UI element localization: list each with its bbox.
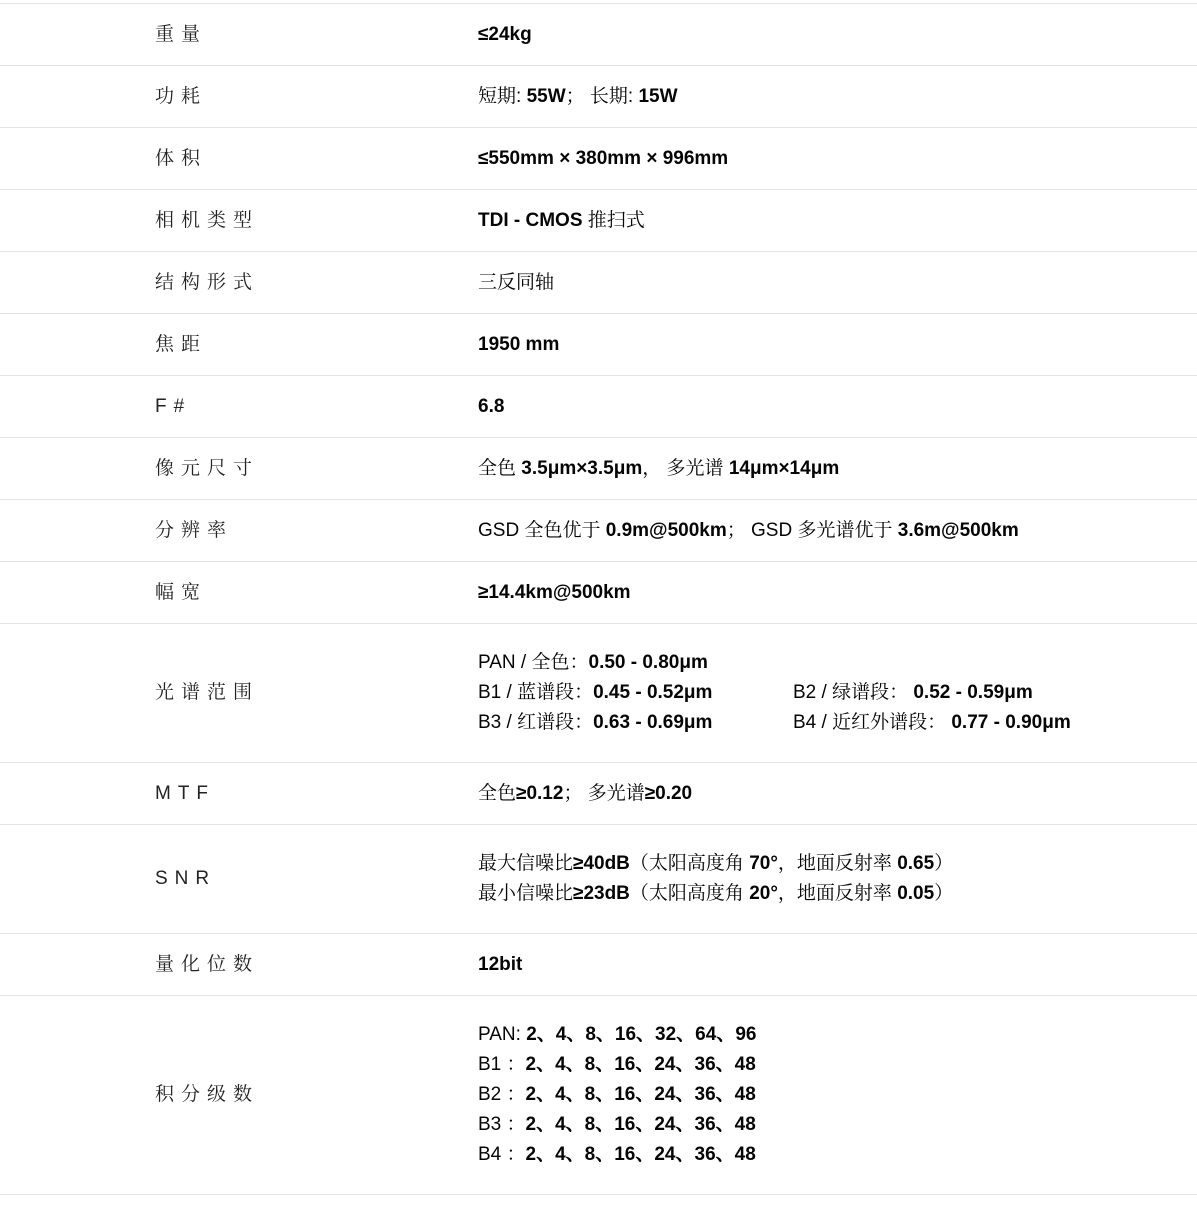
spec-text-segment: B3 / 红谱段： <box>478 712 593 733</box>
spec-text-segment: 0.50 - 0.80μm <box>589 652 708 673</box>
spec-text-segment: ） <box>934 883 953 904</box>
spec-text-segment: 最小信噪比 <box>478 883 573 904</box>
spec-text-segment: 1950 mm <box>478 334 559 355</box>
spec-value-line: PAN: 2、4、8、16、32、64、96 <box>478 1020 1167 1050</box>
spec-row-value: PAN / 全色：0.50 - 0.80μmB1 / 蓝谱段：0.45 - 0.… <box>478 648 1167 738</box>
spec-value-line: 1950 mm <box>478 330 1167 360</box>
spec-value-line: ≥14.4km@500km <box>478 578 1167 608</box>
spec-text-segment: 70° <box>749 853 778 874</box>
spec-row-label: 幅宽 <box>155 580 478 606</box>
spec-row-label: 像元尺寸 <box>155 456 478 482</box>
spec-text-segment: ≥40dB <box>573 853 630 874</box>
spec-text-segment: B4 / 近红外谱段： <box>793 712 951 733</box>
spec-text-segment: ； 多光谱 <box>563 783 644 804</box>
spec-text-segment: 12bit <box>478 954 522 975</box>
spec-text-segment: 2、4、8、16、24、36、48 <box>526 1144 756 1165</box>
spec-row-f-number: F# 6.8 <box>0 376 1197 438</box>
spec-text-segment: 2、4、8、16、32、64、96 <box>526 1024 756 1045</box>
spec-text-segment: 14μm×14μm <box>729 458 839 479</box>
spec-value-line: GSD 全色优于 0.9m@500km； GSD 多光谱优于 3.6m@500k… <box>478 516 1167 546</box>
spec-row-value: ≤550mm × 380mm × 996mm <box>478 144 1167 174</box>
spec-row-pixel-size: 像元尺寸 全色 3.5μm×3.5μm， 多光谱 14μm×14μm <box>0 438 1197 500</box>
spec-row-label: 相机类型 <box>155 208 478 234</box>
spec-text-segment: （太阳高度角 <box>630 853 749 874</box>
spec-value-line: B4 ：2、4、8、16、24、36、48 <box>478 1140 1167 1170</box>
spec-row-label: SNR <box>155 866 478 892</box>
spec-text-segment: 0.52 - 0.59μm <box>913 682 1032 703</box>
spec-text-segment: 0.77 - 0.90μm <box>951 712 1070 733</box>
spec-text-segment: 全色 <box>478 458 521 479</box>
spec-value-line: 最大信噪比≥40dB（太阳高度角 70°，地面反射率 0.65） <box>478 849 1167 879</box>
spec-text-segment: 2、4、8、16、24、36、48 <box>526 1114 756 1135</box>
spec-text-segment: 短期: <box>478 86 527 107</box>
spec-text-segment: PAN: <box>478 1024 526 1045</box>
spec-row-value: ≥14.4km@500km <box>478 578 1167 608</box>
spec-value-line: B3 / 红谱段：0.63 - 0.69μmB4 / 近红外谱段： 0.77 -… <box>478 708 1167 738</box>
spec-row-label: MTF <box>155 781 478 807</box>
spec-text-segment: 2、4、8、16、24、36、48 <box>526 1084 756 1105</box>
spec-text-segment: TDI - CMOS <box>478 210 588 231</box>
spec-row-value: 三反同轴 <box>478 268 1167 298</box>
spec-text-segment: 0.65 <box>897 853 934 874</box>
spec-value-line: PAN / 全色：0.50 - 0.80μm <box>478 648 1167 678</box>
spec-text-segment: GSD 全色优于 <box>478 520 606 541</box>
spec-row-value: ≤24kg <box>478 20 1167 50</box>
spec-value-line: 6.8 <box>478 392 1167 422</box>
spec-text-segment: 6.8 <box>478 396 504 417</box>
spec-text-segment: 推扫式 <box>588 210 645 231</box>
spec-text-segment: B2 ： <box>478 1084 526 1105</box>
spec-text-segment: 0.05 <box>897 883 934 904</box>
spec-text-segment: 最大信噪比 <box>478 853 573 874</box>
spec-text-segment: PAN / 全色： <box>478 652 589 673</box>
spec-row-value: PAN: 2、4、8、16、32、64、96B1 ：2、4、8、16、24、36… <box>478 1020 1167 1170</box>
spec-row-label: 焦距 <box>155 332 478 358</box>
spec-row-value: 短期: 55W； 长期: 15W <box>478 82 1167 112</box>
spec-text-segment: B1 / 蓝谱段： <box>478 682 593 703</box>
spec-row-integration-stages: 积分级数 PAN: 2、4、8、16、32、64、96B1 ：2、4、8、16、… <box>0 996 1197 1195</box>
spec-row-spectral-range: 光谱范围 PAN / 全色：0.50 - 0.80μmB1 / 蓝谱段：0.45… <box>0 624 1197 763</box>
spec-value-line: B1 / 蓝谱段：0.45 - 0.52μmB2 / 绿谱段： 0.52 - 0… <box>478 678 1167 708</box>
spec-row-value: 6.8 <box>478 392 1167 422</box>
spec-value-line: ≤550mm × 380mm × 996mm <box>478 144 1167 174</box>
spec-text-segment: ≥0.12 <box>516 783 563 804</box>
spec-row-volume: 体积 ≤550mm × 380mm × 996mm <box>0 128 1197 190</box>
spec-row-label: F# <box>155 394 478 420</box>
spec-text-segment: 全色 <box>478 783 516 804</box>
spec-row-value: 1950 mm <box>478 330 1167 360</box>
spec-text-segment: ≤24kg <box>478 24 532 45</box>
spec-row-value: 12bit <box>478 950 1167 980</box>
spec-row-value: 全色≥0.12； 多光谱≥0.20 <box>478 779 1167 809</box>
spec-text-segment: ，地面反射率 <box>778 853 897 874</box>
spec-row-value: 全色 3.5μm×3.5μm， 多光谱 14μm×14μm <box>478 454 1167 484</box>
spec-text-segment: ； GSD 多光谱优于 <box>727 520 898 541</box>
spec-text-segment: ） <box>934 853 953 874</box>
spec-value-line: B1 ：2、4、8、16、24、36、48 <box>478 1050 1167 1080</box>
spec-text-segment: 15W <box>638 86 677 107</box>
spec-text-segment: 3.6m@500km <box>898 520 1019 541</box>
spec-text-segment: ， 多光谱 <box>642 458 729 479</box>
spec-value-line: 全色≥0.12； 多光谱≥0.20 <box>478 779 1167 809</box>
spec-text-segment: 0.9m@500km <box>606 520 727 541</box>
spec-text-segment: 2、4、8、16、24、36、48 <box>526 1054 756 1075</box>
spec-text-segment: 三反同轴 <box>478 272 554 293</box>
spec-text-segment: B3 ： <box>478 1114 526 1135</box>
spec-value-line: 三反同轴 <box>478 268 1167 298</box>
spec-text-segment: 3.5μm×3.5μm <box>521 458 642 479</box>
spec-row-label: 光谱范围 <box>155 680 478 706</box>
spec-value-line: 最小信噪比≥23dB（太阳高度角 20°，地面反射率 0.05） <box>478 879 1167 909</box>
spec-text-segment: ； 长期: <box>566 86 639 107</box>
spec-row-structure-form: 结构形式 三反同轴 <box>0 252 1197 314</box>
spec-row-mtf: MTF 全色≥0.12； 多光谱≥0.20 <box>0 763 1197 825</box>
spec-row-snr: SNR 最大信噪比≥40dB（太阳高度角 70°，地面反射率 0.65）最小信噪… <box>0 825 1197 934</box>
spec-text-segment: ≥0.20 <box>645 783 692 804</box>
spec-row-label: 功耗 <box>155 84 478 110</box>
spec-row-label: 结构形式 <box>155 270 478 296</box>
spec-value-right-column: B4 / 近红外谱段： 0.77 - 0.90μm <box>793 708 1071 738</box>
spec-text-segment: ，地面反射率 <box>778 883 897 904</box>
spec-row-focal-length: 焦距 1950 mm <box>0 314 1197 376</box>
spec-row-label: 体积 <box>155 146 478 172</box>
spec-value-line: 12bit <box>478 950 1167 980</box>
spec-row-resolution: 分辨率 GSD 全色优于 0.9m@500km； GSD 多光谱优于 3.6m@… <box>0 500 1197 562</box>
spec-text-segment: ≥23dB <box>573 883 630 904</box>
spec-value-line: 全色 3.5μm×3.5μm， 多光谱 14μm×14μm <box>478 454 1167 484</box>
spec-row-power-consumption: 功耗 短期: 55W； 长期: 15W <box>0 66 1197 128</box>
spec-row-weight: 重量 ≤24kg <box>0 4 1197 66</box>
spec-text-segment: 0.63 - 0.69μm <box>593 712 712 733</box>
spec-text-segment: 20° <box>749 883 778 904</box>
spec-value-line: 短期: 55W； 长期: 15W <box>478 82 1167 112</box>
spec-value-line: B3 ：2、4、8、16、24、36、48 <box>478 1110 1167 1140</box>
spec-table: 重量 ≤24kg 功耗 短期: 55W； 长期: 15W 体积 ≤550mm ×… <box>0 3 1197 1195</box>
spec-text-segment: B1 ： <box>478 1054 526 1075</box>
spec-value-line: TDI - CMOS 推扫式 <box>478 206 1167 236</box>
spec-text-segment: ≤550mm × 380mm × 996mm <box>478 148 728 169</box>
spec-row-value: 最大信噪比≥40dB（太阳高度角 70°，地面反射率 0.65）最小信噪比≥23… <box>478 849 1167 909</box>
spec-text-segment: 55W <box>527 86 566 107</box>
spec-text-segment: 0.45 - 0.52μm <box>593 682 712 703</box>
spec-row-label: 分辨率 <box>155 518 478 544</box>
spec-text-segment: ≥14.4km@500km <box>478 582 631 603</box>
spec-row-label: 量化位数 <box>155 952 478 978</box>
spec-row-swath-width: 幅宽 ≥14.4km@500km <box>0 562 1197 624</box>
spec-text-segment: B4 ： <box>478 1144 526 1165</box>
spec-value-line: B2 ：2、4、8、16、24、36、48 <box>478 1080 1167 1110</box>
spec-row-camera-type: 相机类型 TDI - CMOS 推扫式 <box>0 190 1197 252</box>
spec-text-segment: B2 / 绿谱段： <box>793 682 913 703</box>
spec-value-line: ≤24kg <box>478 20 1167 50</box>
spec-row-value: GSD 全色优于 0.9m@500km； GSD 多光谱优于 3.6m@500k… <box>478 516 1167 546</box>
spec-row-quantization-bits: 量化位数 12bit <box>0 934 1197 996</box>
spec-row-label: 重量 <box>155 22 478 48</box>
spec-value-right-column: B2 / 绿谱段： 0.52 - 0.59μm <box>793 678 1033 708</box>
spec-row-label: 积分级数 <box>155 1082 478 1108</box>
spec-row-value: TDI - CMOS 推扫式 <box>478 206 1167 236</box>
spec-text-segment: （太阳高度角 <box>630 883 749 904</box>
